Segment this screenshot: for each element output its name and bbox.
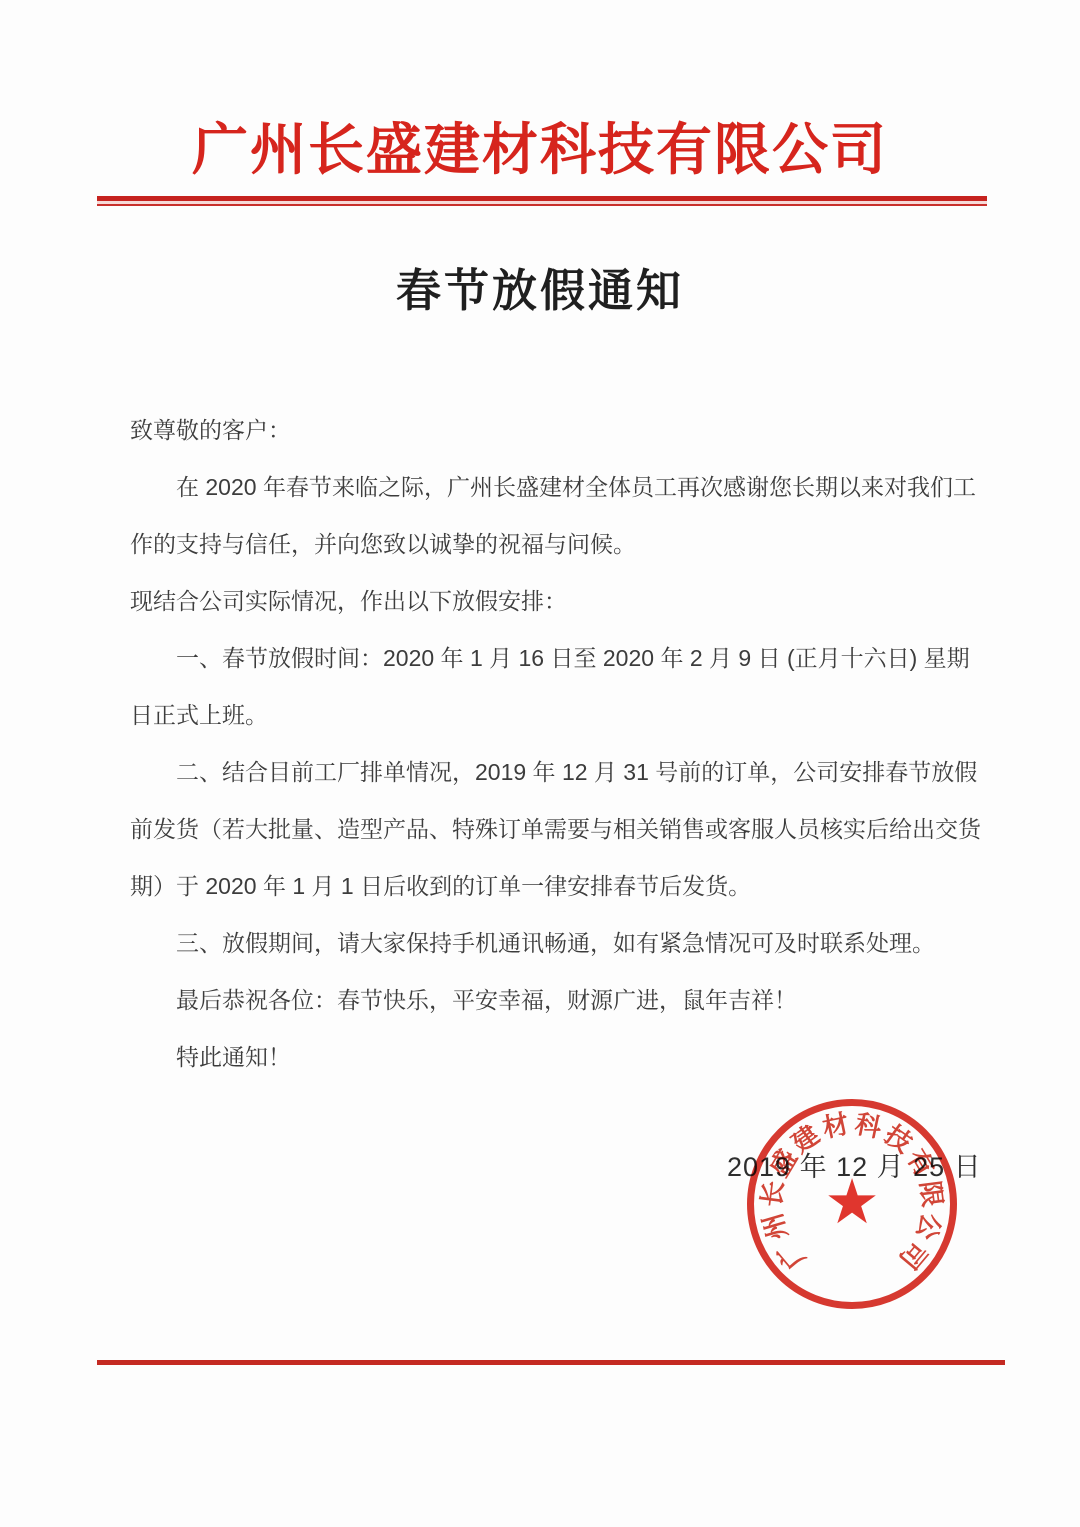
body-line-item-2: 二、结合目前工厂排单情况，2019 年 12 月 31 号前的订单，公司安排春节… (130, 744, 954, 801)
body-line: 日正式上班。 (130, 687, 954, 744)
notice-document-page: 广州长盛建材科技有限公司 春节放假通知 致尊敬的客户： 在 2020 年春节来临… (0, 0, 1080, 1527)
body-line-item-3: 三、放假期间，请大家保持手机通讯畅通，如有紧急情况可及时联系处理。 (130, 915, 954, 972)
seal-char: 材 (820, 1111, 851, 1142)
body-line: 现结合公司实际情况，作出以下放假安排： (130, 573, 954, 630)
body-line: 在 2020 年春节来临之际，广州长盛建材全体员工再次感谢您长期以来对我们工 (130, 459, 954, 516)
company-seal-stamp: ★ 广 州 长 盛 建 材 科 技 有 限 公 司 (742, 1094, 962, 1314)
body-line-wishes: 最后恭祝各位：春节快乐，平安幸福，财源广进，鼠年吉祥！ (130, 972, 954, 1029)
seal-star-icon: ★ (824, 1172, 880, 1234)
body-line: 作的支持与信任，并向您致以诚挚的祝福与问候。 (130, 516, 954, 573)
seal-char: 科 (853, 1111, 884, 1142)
body-line-salutation: 致尊敬的客户： (130, 402, 954, 459)
body-line: 前发货（若大批量、造型产品、特殊订单需要与相关销售或客服人员核实后给出交货 (130, 801, 954, 858)
seal-char: 长 (759, 1179, 788, 1208)
footer-divider-rule (97, 1360, 1005, 1365)
notice-body: 致尊敬的客户： 在 2020 年春节来临之际，广州长盛建材全体员工再次感谢您长期… (130, 402, 954, 1086)
body-line-closing: 特此通知！ (130, 1029, 954, 1086)
company-name-header: 广州长盛建材科技有限公司 (0, 106, 1080, 186)
body-line: 期）于 2020 年 1 月 1 日后收到的订单一律安排春节后发货。 (130, 858, 954, 915)
body-line-item-1: 一、春节放假时间：2020 年 1 月 16 日至 2020 年 2 月 9 日… (130, 630, 954, 687)
header-rule-thin-line (97, 204, 987, 206)
seal-char: 限 (916, 1179, 945, 1208)
header-divider-rule (97, 196, 987, 206)
page-title: 春节放假通知 (0, 254, 1080, 319)
